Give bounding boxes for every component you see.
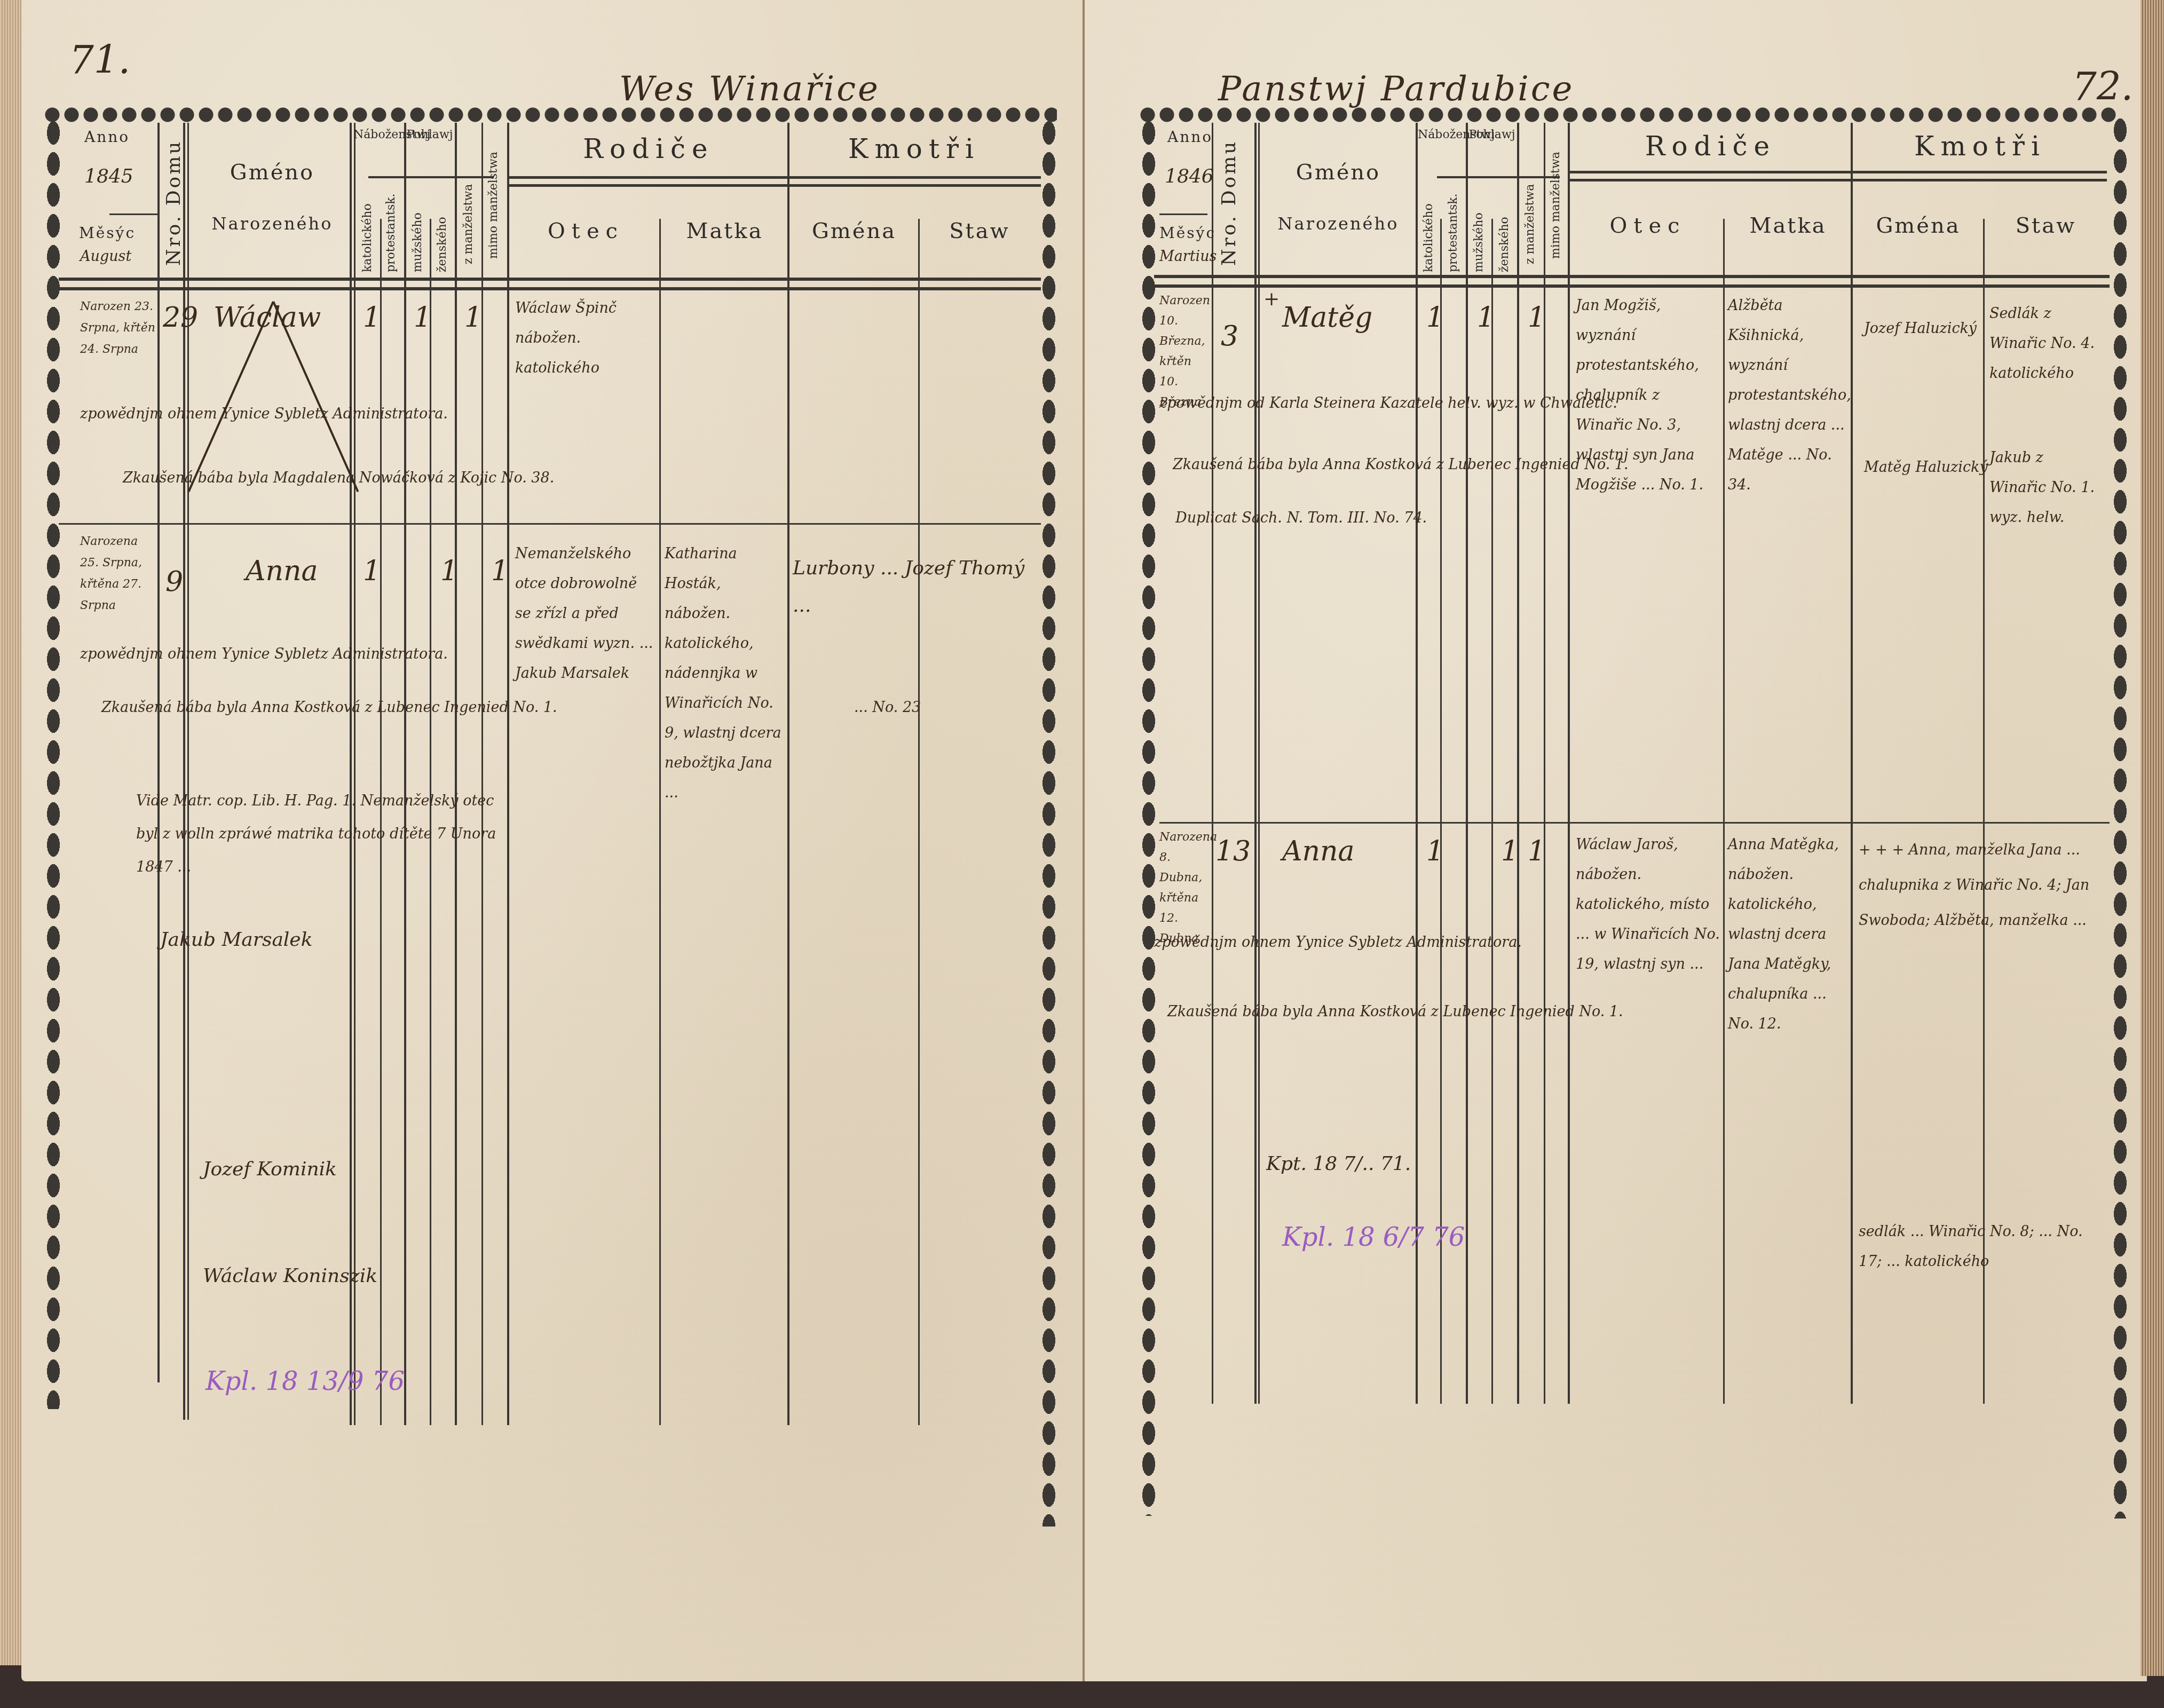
header-catholic: katolického	[1422, 213, 1435, 272]
entry-note: zpowědnjm ohnem Yynice Sybletz Administr…	[80, 646, 448, 662]
entry-legit: 1	[1528, 302, 1545, 334]
entry-date: Narozena 25. Srpna, křtěna 27. Srpna	[80, 531, 157, 616]
ornament-border-top	[1138, 104, 2120, 125]
witness: Wáclaw Koninszik	[203, 1265, 377, 1287]
entry-note: Duplicat Sach. N. Tom. III. No. 74.	[1175, 510, 1427, 526]
header-godparent-status: Staw	[1986, 213, 2106, 238]
entry-father: Wáclaw Špinč nábožen. katolického	[515, 294, 654, 383]
year: 1846	[1165, 165, 1214, 187]
entry-legit: 1	[1528, 835, 1545, 867]
header-female: ženského	[1498, 219, 1511, 272]
entry-father: Nemanželského otce dobrowolně se zřízl a…	[515, 539, 657, 689]
entry-note: Zkaušená bába byla Magdalena Nowáčková z…	[123, 470, 554, 486]
header-legit: z manželstwa	[1523, 176, 1537, 272]
rule	[1568, 179, 2107, 181]
rule	[1258, 123, 1260, 1404]
header-protestant: protestantsk.	[384, 197, 398, 272]
entry-female: 1	[440, 555, 458, 587]
entry-mother: Katharina Hosták, nábožen. katolického, …	[665, 539, 785, 808]
anno-label: Anno	[1167, 128, 1213, 146]
rule	[1416, 123, 1418, 1404]
entry-date: Narozen 23. Srpna, křtěn 24. Srpna	[80, 296, 157, 360]
header-male: mužského	[1472, 219, 1486, 272]
header-parents: Rodiče	[1573, 131, 1848, 162]
entry-catholic: 1	[363, 302, 381, 334]
violet-stamp: Kpl. 18 13/9 76	[206, 1366, 405, 1396]
witness: Jozef Kominik	[203, 1158, 337, 1180]
month: August	[80, 248, 131, 265]
rule	[1154, 275, 2110, 278]
rule	[1466, 123, 1468, 1404]
place-heading: Panstwj Pardubice	[1218, 69, 1574, 109]
entry-catholic: 1	[1426, 302, 1444, 334]
rule	[59, 523, 1041, 525]
rule	[1723, 219, 1725, 1404]
rule	[659, 219, 661, 1425]
rule	[1851, 123, 1853, 1404]
header-godparents: Kmotři	[790, 133, 1038, 164]
entry-godparent-status: sedlák ... Winařic No. 8; ... No. 17; ..…	[1859, 1217, 2104, 1277]
entry-catholic: 1	[363, 555, 381, 587]
rule	[507, 176, 1041, 179]
header-legit: z manželstwa	[462, 176, 475, 272]
ornament-border-right	[2110, 115, 2131, 1519]
entry-mother: Anna Matěgka, nábožen. katolického, wlas…	[1728, 830, 1848, 1039]
rule	[404, 123, 406, 1425]
header-protestant: protestantsk.	[1447, 197, 1460, 272]
entry-mother: Alžběta Kšihnická, wyznání protestantské…	[1728, 291, 1848, 500]
rule	[157, 123, 160, 1382]
header-father: Otec	[1573, 213, 1723, 238]
left-page: 71. Wes Winařice Anno 1845 Měsýc August	[21, 0, 1084, 1681]
entry-house-no: 13	[1215, 835, 1251, 867]
header-house-no: Nro. Domu	[1218, 139, 1240, 267]
entry-house-no: 3	[1221, 320, 1238, 352]
entry-male: 1	[1477, 302, 1495, 334]
header-parents: Rodiče	[512, 133, 785, 164]
entry-name: Anna	[1282, 835, 1355, 867]
header-name-sub: Narozeného	[198, 213, 347, 234]
witness: Jakub Marsalek	[160, 929, 313, 951]
entry-godparent-name: Matěg Haluzický	[1864, 459, 1988, 476]
entry-house-no: 9	[165, 566, 183, 598]
header-father: Otec	[512, 219, 659, 243]
ornament-border-top	[43, 104, 1057, 125]
header-religion: Náboženstwj	[353, 128, 402, 142]
entry-godparent-status: ... No. 23	[854, 699, 921, 716]
entry-name: Anna	[246, 555, 318, 587]
violet-stamp: Kpl. 18 6/7 76	[1282, 1222, 1465, 1252]
entry-note: zpowědnjm ohnem Yynice Sybletz Administr…	[1154, 934, 1522, 951]
header-female: ženského	[436, 219, 449, 272]
rule	[1159, 213, 1207, 215]
header-illegit: mimo manželstwa	[1549, 139, 1562, 272]
header-religion: Náboženstwj	[1418, 128, 1465, 142]
ornament-border-right	[1038, 117, 1060, 1527]
header-catholic: katolického	[361, 213, 374, 272]
ornament-border-left	[1138, 117, 1159, 1516]
entry-illegit: 1	[491, 555, 509, 587]
anno-label: Anno	[84, 128, 130, 146]
marginal-note: Kpt. 18 7/.. 71.	[1266, 1153, 1411, 1175]
entry-date: Narozen 10. Března, křtěn 10. Března	[1159, 291, 1213, 413]
header-godparent-names: Gména	[790, 219, 918, 243]
header-godparents: Kmotři	[1853, 131, 2107, 162]
entry-date: Narozena 8. Dubna, křtěna 12. Dubna	[1159, 827, 1213, 949]
rule	[507, 123, 509, 1425]
rule	[59, 287, 1041, 290]
header-mother: Matka	[662, 219, 787, 243]
month-label: Měsýc	[79, 224, 136, 242]
entry-godparent-name: Jozef Haluzický	[1864, 320, 1977, 337]
register-spread: 71. Wes Winařice Anno 1845 Měsýc August	[0, 0, 2164, 1708]
rule	[455, 123, 457, 1425]
entry-female: 1	[1501, 835, 1519, 867]
entry-godparent-status: Jakub z Winařic No. 1. wyz. helw.	[1989, 443, 2104, 533]
header-godparent-status: Staw	[921, 219, 1038, 243]
rule	[1568, 171, 2107, 173]
folio-number: 72.	[2072, 64, 2134, 109]
month-label: Měsýc	[1159, 224, 1216, 242]
entry-godparent-status: Sedlák z Winařic No. 4. katolického	[1989, 299, 2104, 389]
header-sex: Pohlawj	[1468, 128, 1516, 142]
header-illegit: mimo manželstwa	[487, 139, 500, 272]
header-sex: Pohlawj	[406, 128, 454, 142]
entry-godparent-names: + + + Anna, manželka Jana ... chalupnika…	[1859, 833, 2104, 938]
header-male: mužského	[411, 219, 424, 272]
entry-male: 1	[414, 302, 431, 334]
header-godparent-names: Gména	[1853, 213, 1983, 238]
rule	[787, 123, 789, 1425]
entry-house-no: 29	[163, 302, 198, 334]
entry-catholic: 1	[1426, 835, 1444, 867]
entry-note: Zkaušená bába byla Anna Kostková z Luben…	[101, 699, 557, 716]
year: 1845	[84, 165, 133, 187]
rule	[507, 184, 1041, 187]
entry-note: zpowědnjm od Karla Steinera Kazatele hel…	[1159, 395, 1617, 412]
rule	[1154, 284, 2110, 288]
rule	[918, 219, 920, 1425]
entry-note: Zkaušená bába byla Anna Kostková z Luben…	[1167, 1003, 1623, 1020]
entry-godparent-names: Lurbony ... Jozef Thomý ...	[793, 550, 1036, 624]
rule	[109, 213, 157, 215]
marginal-note: Vide Matr. cop. Lib. H. Pag. 1. Nemanžel…	[136, 785, 510, 884]
deceased-cross-icon: +	[1263, 288, 1280, 310]
page-stack-right	[2141, 0, 2164, 1676]
right-page: 72. Panstwj Pardubice Anno 1846 Měsýc Ma…	[1085, 0, 2147, 1681]
entry-father: Wáclaw Jaroš, nábožen. katolického, míst…	[1576, 830, 1720, 979]
header-mother: Matka	[1725, 213, 1851, 238]
header-name: Gméno	[198, 160, 347, 185]
rule	[1517, 123, 1519, 1404]
entry-note: zpowědnjm ohnem Yynice Sybletz Administr…	[80, 406, 448, 422]
rule	[1568, 123, 1570, 1404]
rule	[350, 123, 352, 1425]
entry-name: Matěg	[1282, 302, 1372, 334]
header-name-sub: Narozeného	[1263, 213, 1413, 234]
month: Martius	[1159, 248, 1217, 265]
rule	[1437, 176, 1560, 178]
rule	[1254, 123, 1257, 1404]
folio-number: 71.	[69, 37, 131, 82]
rule	[354, 123, 356, 1425]
rule	[1159, 822, 2110, 824]
rule	[59, 278, 1041, 281]
header-house-no: Nro. Domu	[163, 139, 185, 267]
place-heading: Wes Winařice	[619, 69, 880, 109]
entry-legit: 1	[464, 302, 482, 334]
header-name: Gméno	[1263, 160, 1413, 185]
ornament-border-left	[43, 117, 64, 1409]
entry-note: Zkaušená bába byla Anna Kostková z Luben…	[1173, 456, 1629, 473]
